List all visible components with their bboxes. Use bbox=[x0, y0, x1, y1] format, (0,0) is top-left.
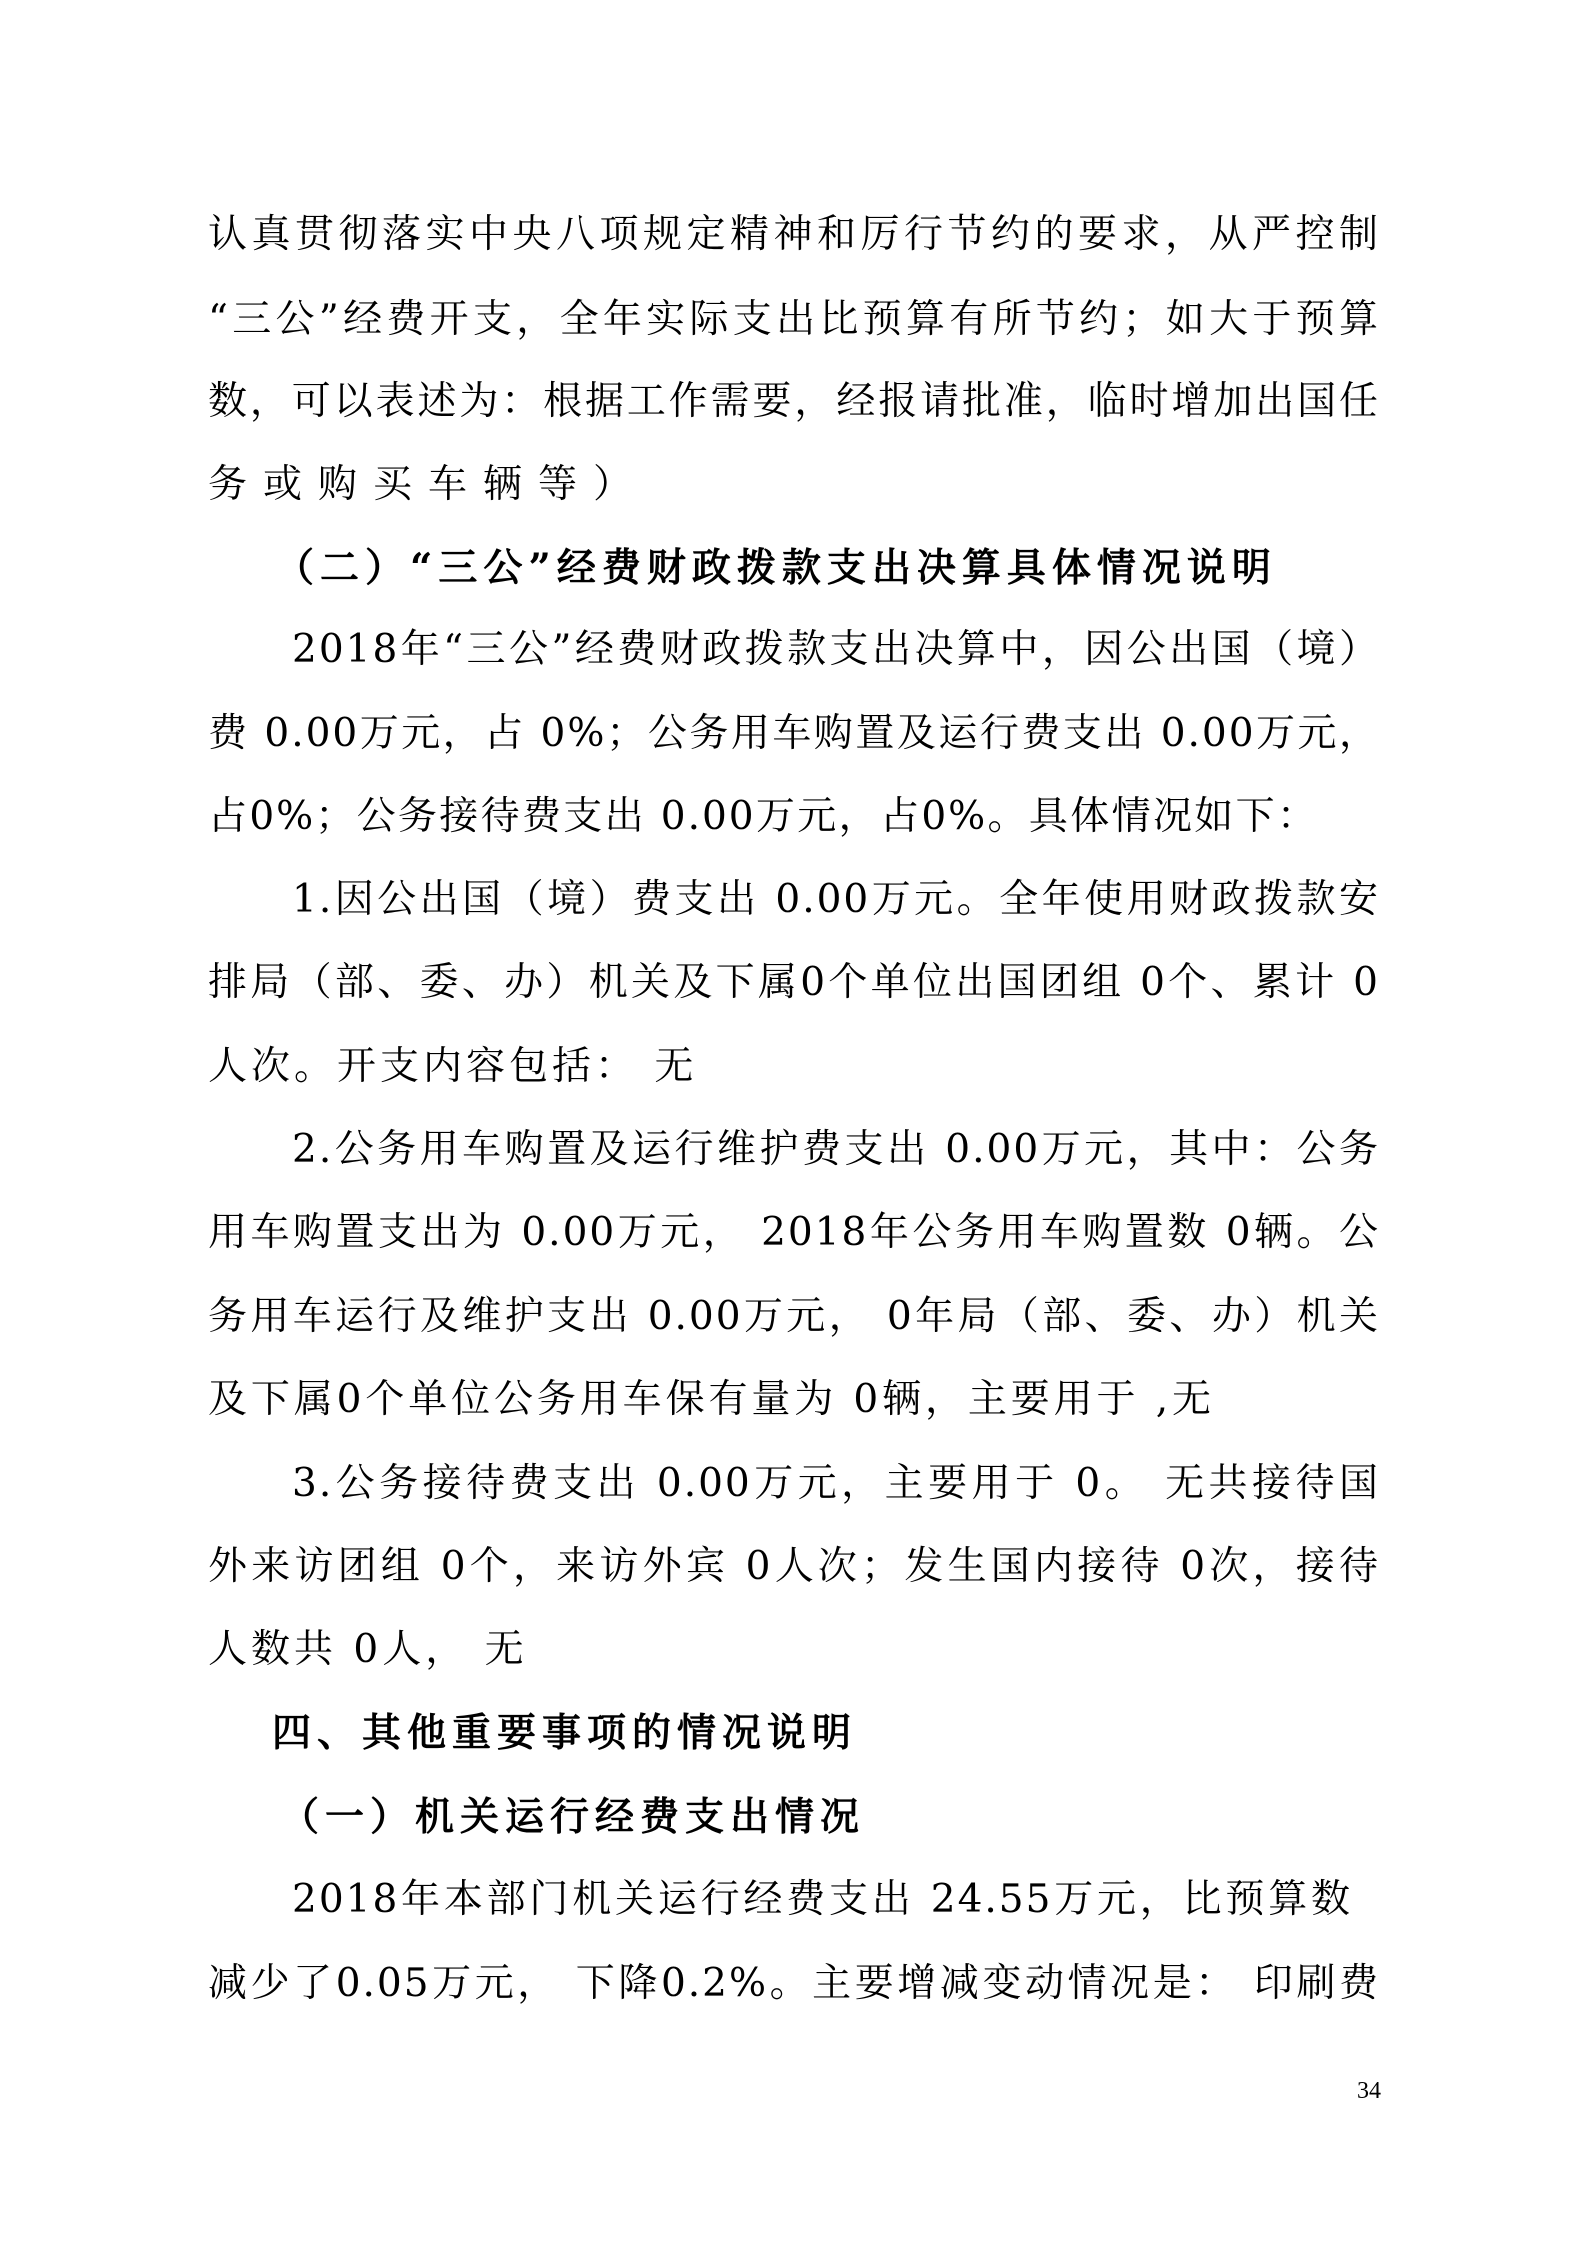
paragraph-line: 务或购买车辆等） bbox=[208, 455, 1380, 515]
section-heading-4: 四、其他重要事项的情况说明 bbox=[272, 1703, 857, 1763]
paragraph-line: 人次。开支内容包括： 无 bbox=[208, 1037, 1380, 1097]
paragraph-line: “三公”经费开支，全年实际支出比预算有所节约；如大于预算 bbox=[208, 290, 1380, 350]
paragraph-line: 1.因公出国（境）费支出 0.00万元。全年使用财政拨款安 bbox=[292, 870, 1380, 930]
paragraph-line: 外来访团组 0个，来访外宾 0人次；发生国内接待 0次，接待 bbox=[208, 1537, 1380, 1597]
page-number: 34 bbox=[1357, 2076, 1381, 2106]
paragraph-line: 务用车运行及维护支出 0.00万元， 0年局（部、委、办）机关 bbox=[208, 1287, 1380, 1347]
paragraph-line: 人数共 0人， 无 bbox=[208, 1620, 1380, 1680]
paragraph-line: 排局（部、委、办）机关及下属0个单位出国团组 0个、累计 0 bbox=[208, 953, 1380, 1013]
paragraph-line: 占0%；公务接待费支出 0.00万元，占0%。具体情况如下： bbox=[208, 787, 1318, 847]
paragraph-line: 2018年“三公”经费财政拨款支出决算中，因公出国（境） bbox=[292, 620, 1380, 680]
paragraph-line: 2018年本部门机关运行经费支出 24.55万元，比预算数 bbox=[292, 1870, 1352, 1930]
document-page: 认真贯彻落实中央八项规定精神和厉行节约的要求，从严控制 “三公”经费开支，全年实… bbox=[0, 0, 1587, 2245]
subsection-heading-4-1: （一）机关运行经费支出情况 bbox=[280, 1787, 865, 1847]
paragraph-line: 数，可以表述为：根据工作需要，经报请批准，临时增加出国任 bbox=[208, 372, 1380, 432]
paragraph-line: 3.公务接待费支出 0.00万元，主要用于 0。 无共接待国 bbox=[292, 1454, 1380, 1514]
paragraph-line: 减少了0.05万元， 下降0.2%。主要增减变动情况是： 印刷费 bbox=[208, 1954, 1380, 2014]
section-heading-2: （二）“三公”经费财政拨款支出决算具体情况说明 bbox=[275, 538, 1277, 598]
paragraph-line: 用车购置支出为 0.00万元， 2018年公务用车购置数 0辆。公 bbox=[208, 1203, 1380, 1263]
paragraph-line: 费 0.00万元，占 0%；公务用车购置及运行费支出 0.00万元， bbox=[208, 704, 1380, 764]
paragraph-line: 2.公务用车购置及运行维护费支出 0.00万元，其中：公务 bbox=[292, 1120, 1380, 1180]
paragraph-line: 认真贯彻落实中央八项规定精神和厉行节约的要求，从严控制 bbox=[208, 205, 1380, 265]
paragraph-line: 及下属0个单位公务用车保有量为 0辆，主要用于 ,无 bbox=[208, 1370, 1213, 1430]
